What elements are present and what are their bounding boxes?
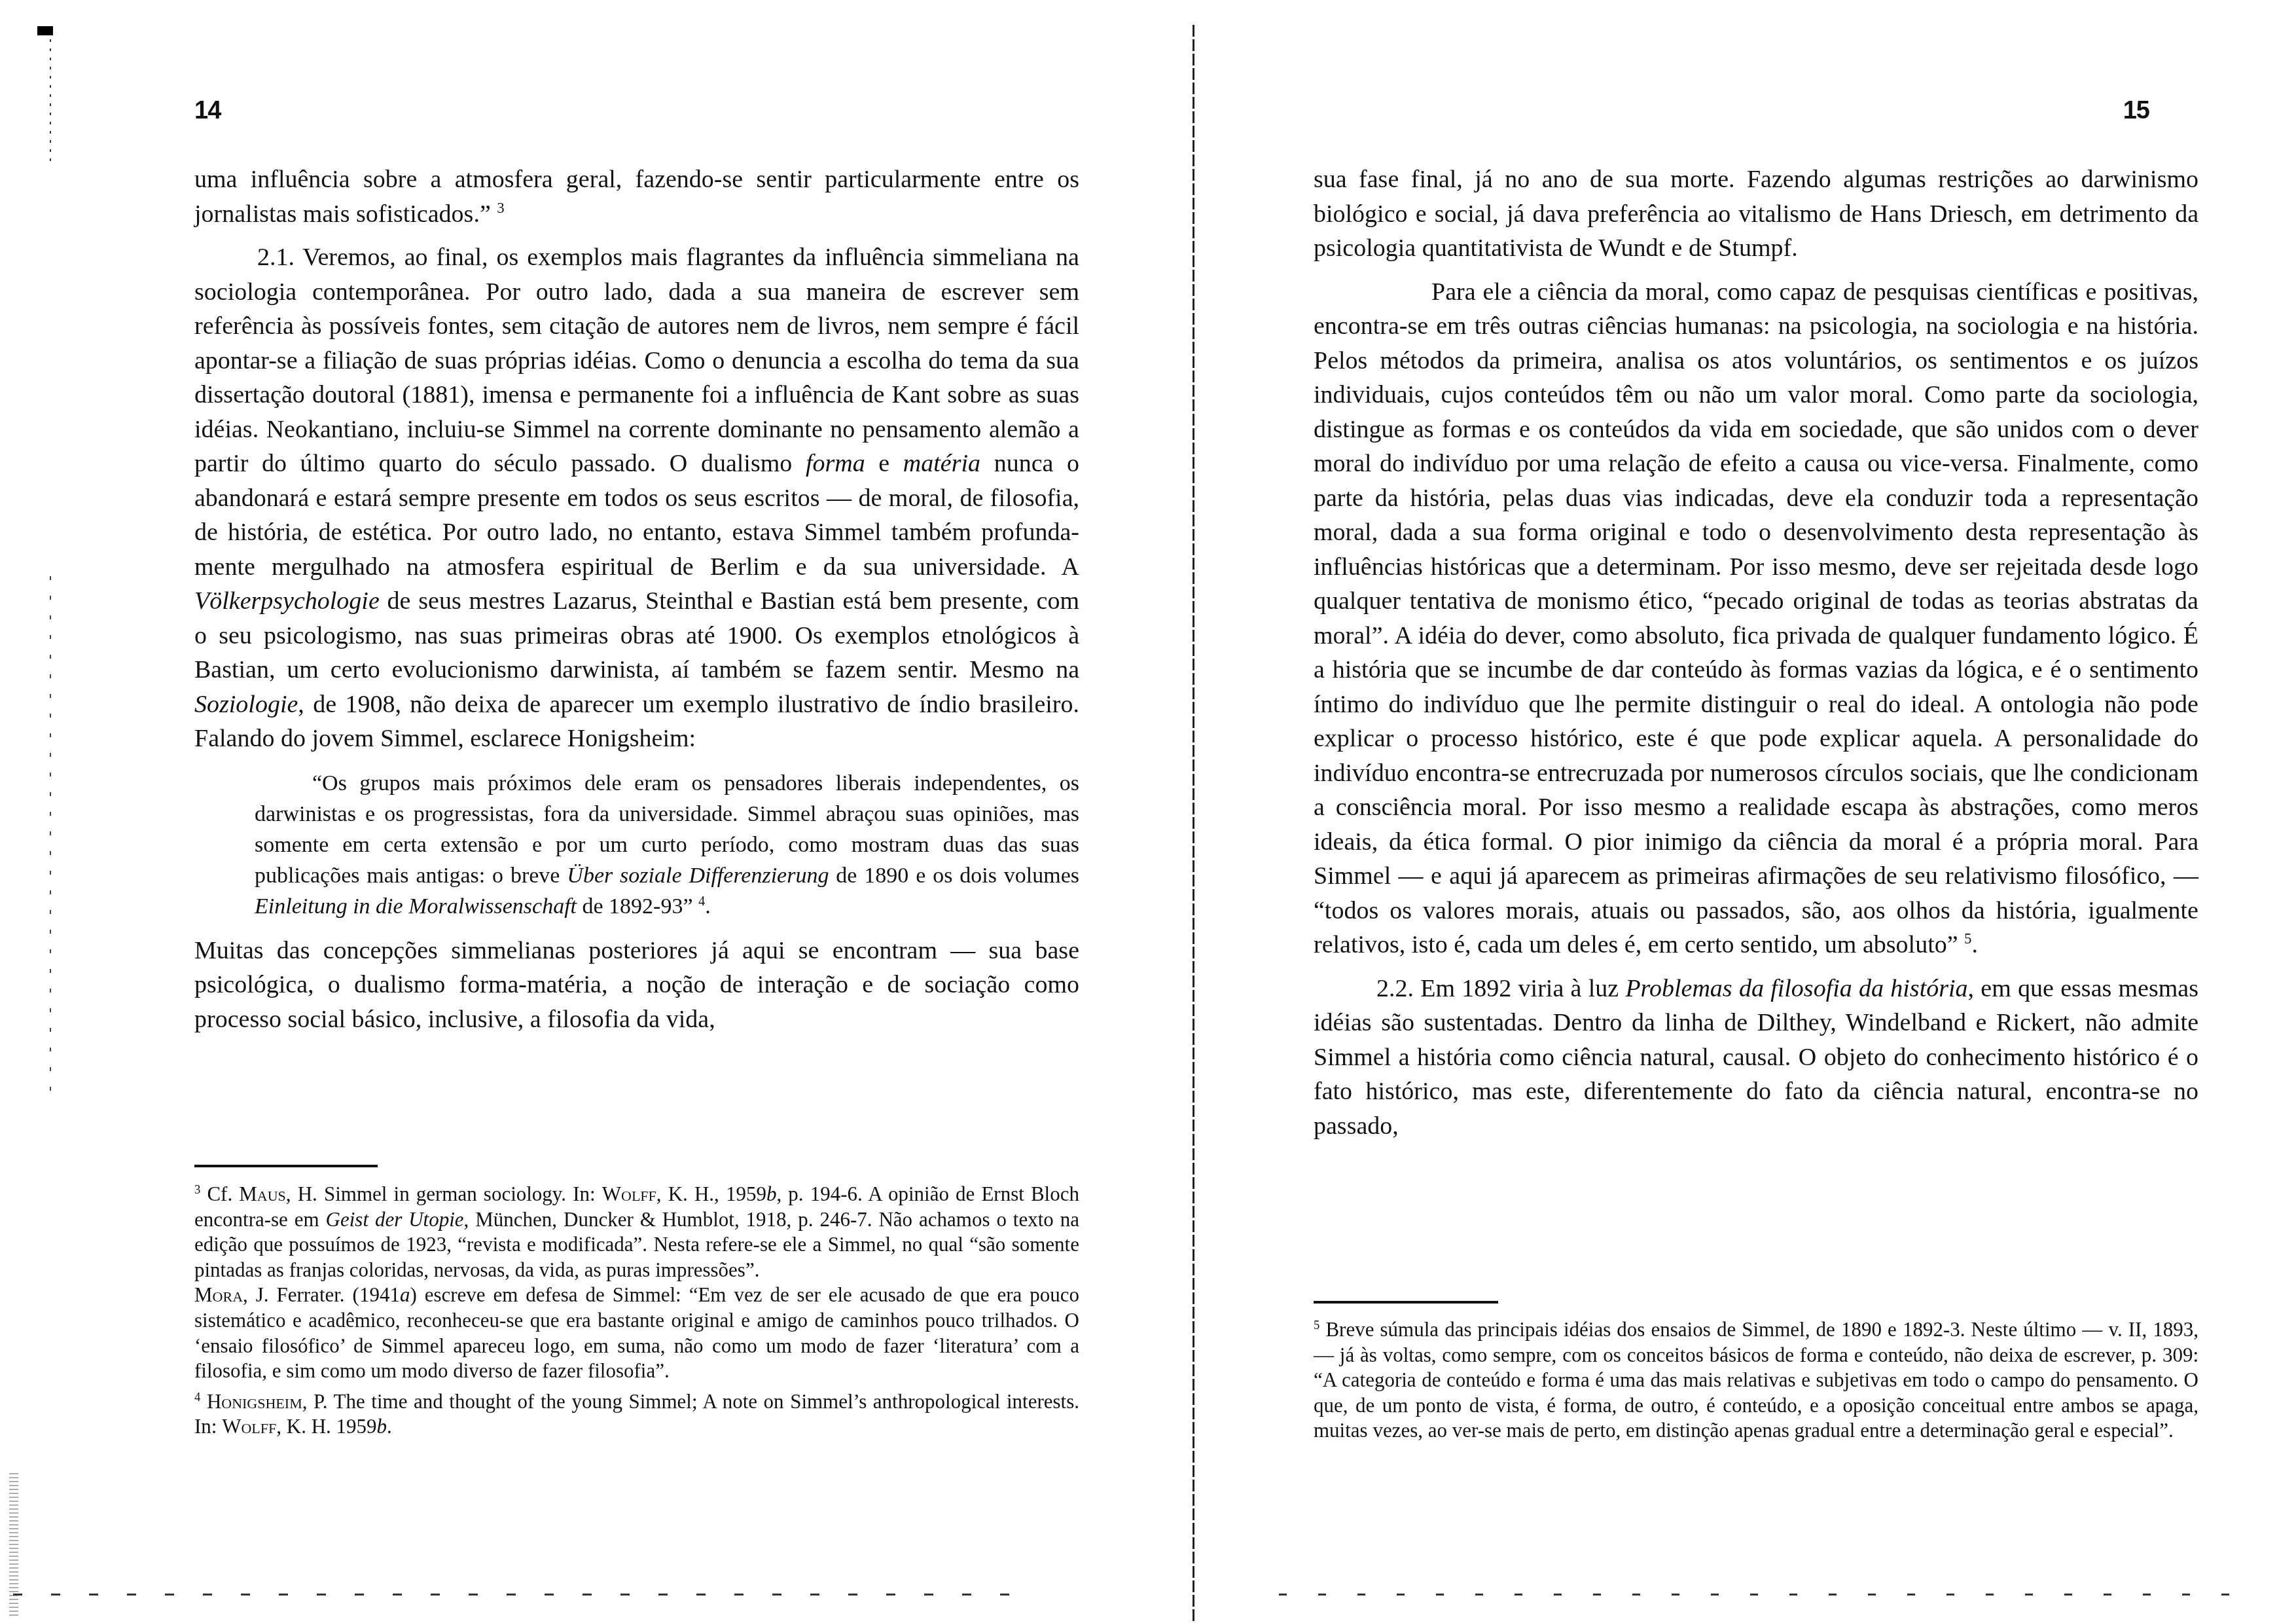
- paragraph: Muitas das concepções simmelianas poster…: [194, 934, 1079, 1037]
- footnotes: 3 Cf. Maus, H. Simmel in german sociolog…: [194, 1182, 1079, 1440]
- footnote-5: 5 Breve súmula das principais idéias dos…: [1314, 1317, 2198, 1444]
- book-spread: 14 uma influência sobre a atmosfera gera…: [0, 0, 2296, 1623]
- footnote-ref: 4: [698, 894, 705, 908]
- paragraph: sua fase final, já no ano de sua morte. …: [1314, 162, 2198, 266]
- footnote-divider: [194, 1165, 378, 1167]
- footnote-ref: 5: [1964, 930, 1971, 947]
- scan-bottom-edge: [1279, 1594, 2234, 1596]
- paragraph: uma influência sobre a atmosfera geral, …: [194, 162, 1079, 231]
- paragraph-section-2-2: 2.2. Em 1892 viria à luz Problemas da fi…: [1314, 972, 2198, 1144]
- footnote-3: 3 Cf. Maus, H. Simmel in german sociolog…: [194, 1182, 1079, 1283]
- scan-bottom-edge: [13, 1594, 1034, 1596]
- body-text: uma influência sobre a atmosfera geral, …: [194, 162, 1079, 1036]
- footnotes: 5 Breve súmula das principais idéias dos…: [1314, 1317, 2198, 1444]
- footnote-3-continued: Mora, J. Ferrater. (1941a) escreve em de…: [194, 1283, 1079, 1383]
- block-quote: “Os grupos mais próximos dele eram os pe…: [255, 768, 1079, 922]
- section-number: 2.1.: [257, 244, 295, 271]
- page-number: 14: [194, 97, 221, 125]
- body-text: sua fase final, já no ano de sua morte. …: [1314, 162, 2198, 1143]
- right-page: 15 sua fase final, já no ano de sua mort…: [1148, 0, 2296, 1623]
- footnote-4: 4 Honigsheim, P. The time and thought of…: [194, 1389, 1079, 1440]
- page-number: 15: [2123, 97, 2149, 125]
- footnote-ref: 3: [497, 200, 504, 216]
- paragraph-section-2-1: 2.1. Veremos, ao final, os exemplos mais…: [194, 240, 1079, 756]
- paragraph: Para ele a ciência da moral, como capaz …: [1314, 275, 2198, 962]
- section-number: 2.2.: [1376, 975, 1414, 1002]
- left-page: 14 uma influência sobre a atmosfera gera…: [0, 0, 1148, 1623]
- footnote-divider: [1314, 1301, 1498, 1304]
